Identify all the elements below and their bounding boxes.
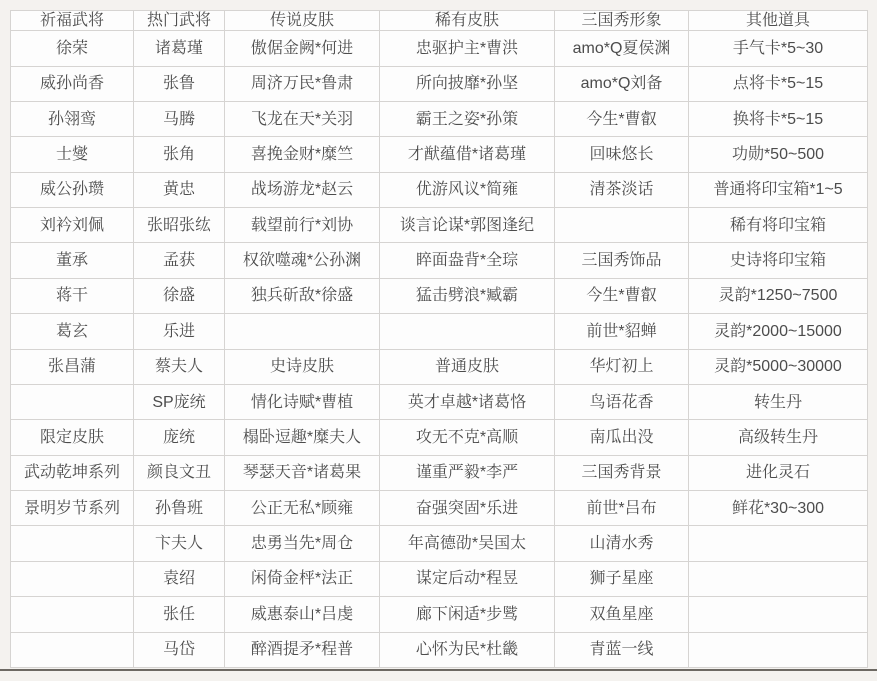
table-cell: 张角 xyxy=(134,137,225,172)
table-cell: 黄忠 xyxy=(134,172,225,207)
table-cell: 英才卓越*诸葛恪 xyxy=(380,384,555,419)
table-row: 袁绍闲倚金枰*法正谋定后动*程昱狮子星座 xyxy=(11,561,868,596)
table-cell: 才猷蕴借*诸葛瑾 xyxy=(380,137,555,172)
table-cell xyxy=(11,526,134,561)
table-cell: 武动乾坤系列 xyxy=(11,455,134,490)
table-cell: 威公孙瓒 xyxy=(11,172,134,207)
table-cell: amo*Q夏侯渊 xyxy=(555,31,689,66)
table-row: 马岱醉酒提矛*程普心怀为民*杜畿青蓝一线 xyxy=(11,632,868,667)
table-cell: 琴瑟天音*诸葛果 xyxy=(225,455,380,490)
table-row: 董承孟获权欲噬魂*公孙渊睟面盎背*全琮三国秀饰品史诗将印宝箱 xyxy=(11,243,868,278)
table-cell: 所向披靡*孙坚 xyxy=(380,66,555,101)
table-cell: 稀有将印宝箱 xyxy=(689,208,868,243)
table-cell: 张鲁 xyxy=(134,66,225,101)
table-row: 刘衿刘佩张昭张纮载望前行*刘协谈言论谋*郭图逢纪稀有将印宝箱 xyxy=(11,208,868,243)
table-cell: 谨重严毅*李严 xyxy=(380,455,555,490)
table-row: 张昌蒲蔡夫人史诗皮肤普通皮肤华灯初上灵韵*5000~30000 xyxy=(11,349,868,384)
table-cell: 庞统 xyxy=(134,420,225,455)
table-cell: 华灯初上 xyxy=(555,349,689,384)
table-row: 葛玄乐进前世*貂蝉灵韵*2000~15000 xyxy=(11,314,868,349)
table-cell xyxy=(11,384,134,419)
table-cell: 士燮 xyxy=(11,137,134,172)
table-row: 士燮张角喜挽金财*糜竺才猷蕴借*诸葛瑾回味悠长功勋*50~500 xyxy=(11,137,868,172)
table-cell: amo*Q刘备 xyxy=(555,66,689,101)
table-cell: 功勋*50~500 xyxy=(689,137,868,172)
table-cell xyxy=(555,208,689,243)
table-cell: 情化诗赋*曹植 xyxy=(225,384,380,419)
table-cell: 廊下闲适*步骘 xyxy=(380,597,555,632)
table-cell: 回味悠长 xyxy=(555,137,689,172)
table-cell: 刘衿刘佩 xyxy=(11,208,134,243)
table-cell: 史诗将印宝箱 xyxy=(689,243,868,278)
table-row: 武动乾坤系列颜良文丑琴瑟天音*诸葛果谨重严毅*李严三国秀背景进化灵石 xyxy=(11,455,868,490)
table-cell: 转生丹 xyxy=(689,384,868,419)
table-cell: 三国秀背景 xyxy=(555,455,689,490)
table-cell: 乐进 xyxy=(134,314,225,349)
rewards-table: 祈福武将 热门武将 传说皮肤 稀有皮肤 三国秀形象 其他道具 徐荣诸葛瑾傲倨金阙… xyxy=(10,10,868,668)
table-cell: 傲倨金阙*何进 xyxy=(225,31,380,66)
table-cell: 蒋干 xyxy=(11,278,134,313)
table-cell: 威惠泰山*吕虔 xyxy=(225,597,380,632)
table-cell: 普通将印宝箱*1~5 xyxy=(689,172,868,207)
table-cell: 南瓜出没 xyxy=(555,420,689,455)
table-cell: 双鱼星座 xyxy=(555,597,689,632)
table-cell xyxy=(689,597,868,632)
table-cell: 限定皮肤 xyxy=(11,420,134,455)
table-cell: 载望前行*刘协 xyxy=(225,208,380,243)
table-cell: 葛玄 xyxy=(11,314,134,349)
table-cell xyxy=(11,597,134,632)
table-cell: 谋定后动*程昱 xyxy=(380,561,555,596)
table-cell: 灵韵*2000~15000 xyxy=(689,314,868,349)
table-cell: 清茶淡话 xyxy=(555,172,689,207)
table-cell: 优游风议*简雍 xyxy=(380,172,555,207)
table-row: 徐荣诸葛瑾傲倨金阙*何进忠驱护主*曹洪amo*Q夏侯渊手气卡*5~30 xyxy=(11,31,868,66)
column-header-legendary-skins: 传说皮肤 xyxy=(225,11,380,31)
table-cell: 张昌蒲 xyxy=(11,349,134,384)
table-cell xyxy=(11,632,134,667)
column-header-sanguo-show-avatars: 三国秀形象 xyxy=(555,11,689,31)
table-cell: 心怀为民*杜畿 xyxy=(380,632,555,667)
table-cell xyxy=(689,561,868,596)
column-header-rare-skins: 稀有皮肤 xyxy=(380,11,555,31)
table-cell: 周济万民*鲁肃 xyxy=(225,66,380,101)
table-cell: 睟面盎背*全琮 xyxy=(380,243,555,278)
table-cell: 年高德劭*吴国太 xyxy=(380,526,555,561)
table-cell: 忠驱护主*曹洪 xyxy=(380,31,555,66)
table-cell: 进化灵石 xyxy=(689,455,868,490)
header-row: 祈福武将 热门武将 传说皮肤 稀有皮肤 三国秀形象 其他道具 xyxy=(11,11,868,31)
table-cell: 公正无私*顾雍 xyxy=(225,491,380,526)
table-cell: 景明岁节系列 xyxy=(11,491,134,526)
table-cell: 威孙尚香 xyxy=(11,66,134,101)
table-cell: 徐荣 xyxy=(11,31,134,66)
table-cell xyxy=(380,314,555,349)
table-cell: 诸葛瑾 xyxy=(134,31,225,66)
table-cell: 点将卡*5~15 xyxy=(689,66,868,101)
table-cell: 鲜花*30~300 xyxy=(689,491,868,526)
table-cell: 高级转生丹 xyxy=(689,420,868,455)
table-cell: 山清水秀 xyxy=(555,526,689,561)
table-row: 孙翎鸾马腾飞龙在天*关羽霸王之姿*孙策今生*曹叡换将卡*5~15 xyxy=(11,101,868,136)
table-cell: 灵韵*5000~30000 xyxy=(689,349,868,384)
table-cell: 霸王之姿*孙策 xyxy=(380,101,555,136)
table-cell: 卞夫人 xyxy=(134,526,225,561)
table-cell: 张任 xyxy=(134,597,225,632)
table-row: 威孙尚香张鲁周济万民*鲁肃所向披靡*孙坚amo*Q刘备点将卡*5~15 xyxy=(11,66,868,101)
table-cell: 飞龙在天*关羽 xyxy=(225,101,380,136)
table-cell xyxy=(11,561,134,596)
table-cell: 蔡夫人 xyxy=(134,349,225,384)
table-cell: 战场游龙*赵云 xyxy=(225,172,380,207)
table-row: 张任威惠泰山*吕虔廊下闲适*步骘双鱼星座 xyxy=(11,597,868,632)
table-cell: 三国秀饰品 xyxy=(555,243,689,278)
table-cell: 马岱 xyxy=(134,632,225,667)
table-cell: 手气卡*5~30 xyxy=(689,31,868,66)
table-row: 威公孙瓒黄忠战场游龙*赵云优游风议*简雍清茶淡话普通将印宝箱*1~5 xyxy=(11,172,868,207)
table-row: 蒋干徐盛独兵斫敌*徐盛猛击劈浪*臧霸今生*曹叡灵韵*1250~7500 xyxy=(11,278,868,313)
table-cell: 张昭张纮 xyxy=(134,208,225,243)
page: 祈福武将 热门武将 传说皮肤 稀有皮肤 三国秀形象 其他道具 徐荣诸葛瑾傲倨金阙… xyxy=(0,0,877,681)
bottom-divider xyxy=(0,669,877,671)
table-cell: 董承 xyxy=(11,243,134,278)
table-row: 限定皮肤庞统榻卧逗趣*糜夫人攻无不克*高顺南瓜出没高级转生丹 xyxy=(11,420,868,455)
table-cell: 独兵斫敌*徐盛 xyxy=(225,278,380,313)
table-cell: 权欲噬魂*公孙渊 xyxy=(225,243,380,278)
table-cell: 青蓝一线 xyxy=(555,632,689,667)
table-cell: 袁绍 xyxy=(134,561,225,596)
table-cell: 榻卧逗趣*糜夫人 xyxy=(225,420,380,455)
table-cell: 鸟语花香 xyxy=(555,384,689,419)
table-cell: 史诗皮肤 xyxy=(225,349,380,384)
table-cell: 谈言论谋*郭图逢纪 xyxy=(380,208,555,243)
table-cell: 今生*曹叡 xyxy=(555,101,689,136)
table-cell: 奋强突固*乐进 xyxy=(380,491,555,526)
table-cell: 孟获 xyxy=(134,243,225,278)
table-cell xyxy=(689,632,868,667)
table-cell: 闲倚金枰*法正 xyxy=(225,561,380,596)
table-cell: 今生*曹叡 xyxy=(555,278,689,313)
table-cell: 醉酒提矛*程普 xyxy=(225,632,380,667)
table-cell: 忠勇当先*周仓 xyxy=(225,526,380,561)
table-cell: 攻无不克*高顺 xyxy=(380,420,555,455)
table-cell: 普通皮肤 xyxy=(380,349,555,384)
table-cell: 马腾 xyxy=(134,101,225,136)
table-cell: 狮子星座 xyxy=(555,561,689,596)
column-header-blessing-generals: 祈福武将 xyxy=(11,11,134,31)
table-row: 卞夫人忠勇当先*周仓年高德劭*吴国太山清水秀 xyxy=(11,526,868,561)
column-header-popular-generals: 热门武将 xyxy=(134,11,225,31)
table-cell: 喜挽金财*糜竺 xyxy=(225,137,380,172)
table-cell: 灵韵*1250~7500 xyxy=(689,278,868,313)
table-cell: 前世*吕布 xyxy=(555,491,689,526)
table-cell: 颜良文丑 xyxy=(134,455,225,490)
table-cell xyxy=(689,526,868,561)
column-header-other-items: 其他道具 xyxy=(689,11,868,31)
table-cell: 换将卡*5~15 xyxy=(689,101,868,136)
table-row: 景明岁节系列孙鲁班公正无私*顾雍奋强突固*乐进前世*吕布鲜花*30~300 xyxy=(11,491,868,526)
table-cell: 猛击劈浪*臧霸 xyxy=(380,278,555,313)
table-cell: 孙翎鸾 xyxy=(11,101,134,136)
table-cell: 徐盛 xyxy=(134,278,225,313)
table-cell: SP庞统 xyxy=(134,384,225,419)
table-row: SP庞统情化诗赋*曹植英才卓越*诸葛恪鸟语花香转生丹 xyxy=(11,384,868,419)
table-cell: 孙鲁班 xyxy=(134,491,225,526)
table-cell: 前世*貂蝉 xyxy=(555,314,689,349)
table-cell xyxy=(225,314,380,349)
